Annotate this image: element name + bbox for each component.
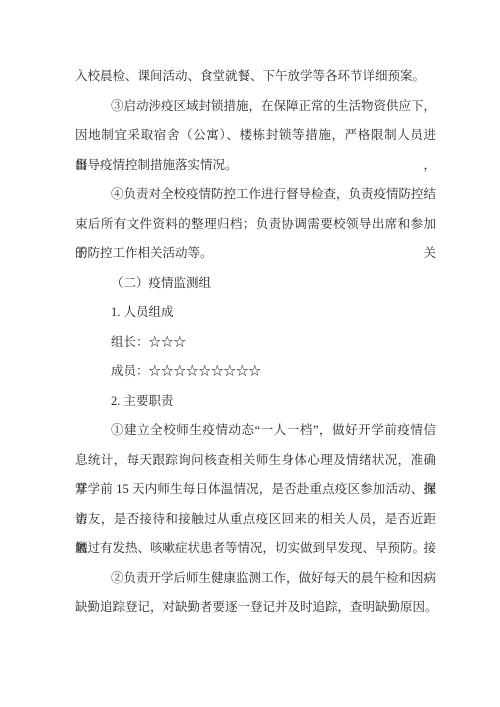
document-line: ②负责开学后师生健康监测工作，做好每天的晨午检和因病 xyxy=(75,564,436,594)
document-line: 缺勤追踪登记，对缺勤者要逐一登记并及时追踪，查明缺勤原因。 xyxy=(75,593,436,623)
document-line: 亲友，是否接待和接触过从重点疫区回来的相关人员，是否近距离接 xyxy=(75,505,436,535)
document-line: ③启动涉疫区域封锁措施，在保障正常的生活物资供应下， xyxy=(75,92,436,122)
document-line: 开学前 15 天内师生每日体温情况，是否赴重点疫区参加活动、探访 xyxy=(75,475,436,505)
document-text-block: 入校晨检、课间活动、食堂就餐、下午放学等各环节详细预案。 ③启动涉疫区域封锁措施… xyxy=(75,62,436,623)
document-subheading: 1. 人员组成 xyxy=(75,298,436,328)
document-line: 触过有发热、咳嗽症状患者等情况，切实做到早发现、早预防。 xyxy=(75,534,436,564)
document-line: 息统计，每天跟踪询问核查相关师生身体心理及情绪状况，准确掌握 xyxy=(75,446,436,476)
document-line: 成员：☆☆☆☆☆☆☆☆☆ xyxy=(75,357,436,387)
document-line: 束后所有文件资料的整理归档；负责协调需要校领导出席和参加的关 xyxy=(75,210,436,240)
document-line: 入校晨检、课间活动、食堂就餐、下午放学等各环节详细预案。 xyxy=(75,62,436,92)
document-subheading: 2. 主要职责 xyxy=(75,387,436,417)
document-line: ④负责对全校疫情防控工作进行督导检查，负责疫情防控结 xyxy=(75,180,436,210)
document-line: 组长：☆☆☆ xyxy=(75,328,436,358)
document-page: 入校晨检、课间活动、食堂就餐、下午放学等各环节详细预案。 ③启动涉疫区域封锁措施… xyxy=(0,0,500,707)
document-line: ①建立全校师生疫情动态“一人一档”，做好开学前疫情信 xyxy=(75,416,436,446)
document-section-heading: （二）疫情监测组 xyxy=(75,269,436,299)
document-line: 因地制宜采取宿舍（公寓）、楼栋封锁等措施，严格限制人员进出， xyxy=(75,121,436,151)
